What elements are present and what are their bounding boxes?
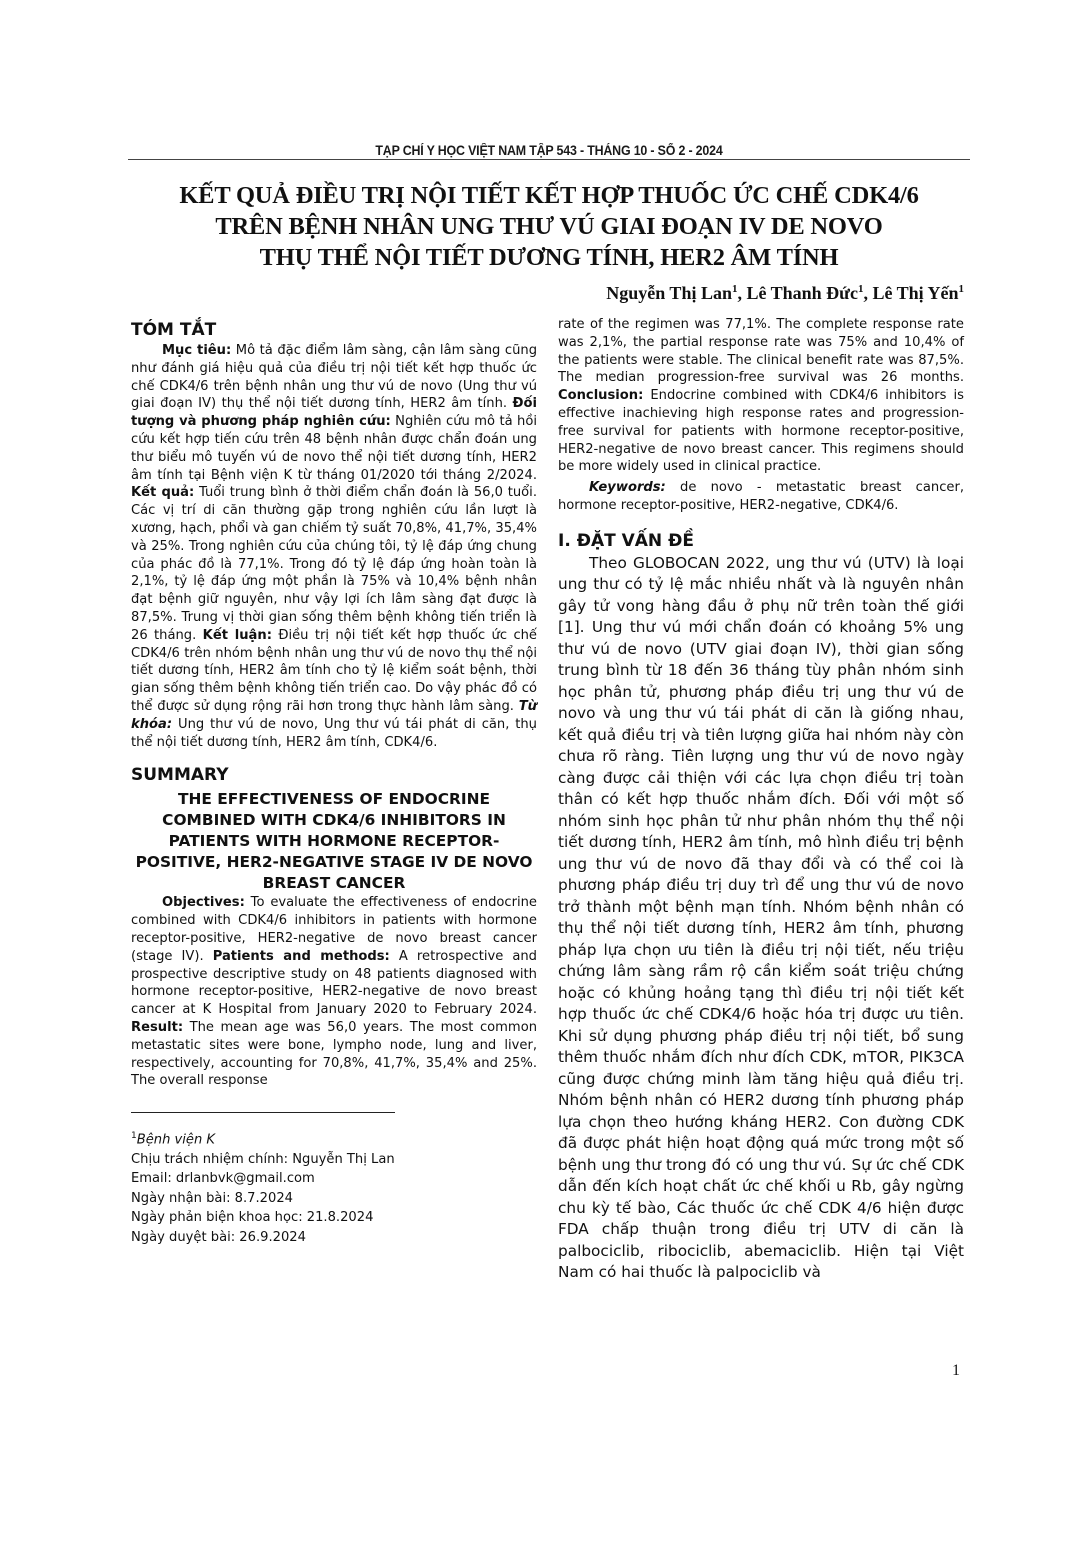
section-1-heading: I. ĐẶT VẤN ĐỀ xyxy=(558,529,964,553)
results-text: Tuổi trung bình ở thời điểm chẩn đoán là… xyxy=(131,485,537,642)
author-name: Lê Thanh Đức xyxy=(746,283,858,303)
title-line-1: KẾT QUẢ ĐIỀU TRỊ NỘI TIẾT KẾT HỢP THUỐC … xyxy=(130,180,968,211)
journal-running-header: TẠP CHÍ Y HỌC VIỆT NAM TẬP 543 - THÁNG 1… xyxy=(164,143,935,158)
result-text: The mean age was 56,0 years. The most co… xyxy=(131,1020,537,1088)
author-name: Lê Thị Yến xyxy=(872,283,958,303)
author-affiliation-sup: 1 xyxy=(732,283,738,295)
keywords-en: Keywords: de novo - metastatic breast ca… xyxy=(558,479,964,515)
conclusion-label: Kết luận: xyxy=(203,628,272,643)
footnote-accepted: Ngày duyệt bài: 26.9.2024 xyxy=(131,1228,537,1248)
journal-page: TẠP CHÍ Y HỌC VIỆT NAM TẬP 543 - THÁNG 1… xyxy=(0,0,1090,1541)
result-text-continued: rate of the regimen was 77,1%. The compl… xyxy=(558,317,964,385)
objectives-label: Objectives: xyxy=(162,895,245,910)
abstract-en-body-left: Objectives: To evaluate the effectivenes… xyxy=(131,894,537,1090)
abstract-vi-body: Mục tiêu: Mô tả đặc điểm lâm sàng, cận l… xyxy=(131,342,537,751)
keywords-en-label: Keywords: xyxy=(589,480,666,495)
patients-methods-label: Patients and methods: xyxy=(213,949,390,964)
left-column: TÓM TẮT Mục tiêu: Mô tả đặc điểm lâm sàn… xyxy=(131,316,537,1247)
section-1-body: Theo GLOBOCAN 2022, ung thư vú (UTV) là … xyxy=(558,553,964,1284)
conclusion-en-label: Conclusion: xyxy=(558,388,643,403)
english-title: THE EFFECTIVENESS OF ENDOCRINE COMBINED … xyxy=(131,789,537,894)
title-line-3: THỤ THỂ NỘI TIẾT DƯƠNG TÍNH, HER2 ÂM TÍN… xyxy=(130,242,968,273)
summary-heading: SUMMARY xyxy=(131,763,537,787)
result-label: Result: xyxy=(131,1020,183,1035)
results-label: Kết quả: xyxy=(131,485,194,500)
footnote-corresponding: Chịu trách nhiệm chính: Nguyễn Thị Lan xyxy=(131,1150,537,1170)
right-column: rate of the regimen was 77,1%. The compl… xyxy=(558,316,964,1284)
author-affiliation-sup: 1 xyxy=(959,283,965,295)
title-line-2: TRÊN BỆNH NHÂN UNG THƯ VÚ GIAI ĐOẠN IV D… xyxy=(130,211,968,242)
abstract-en-body-right: rate of the regimen was 77,1%. The compl… xyxy=(558,316,964,476)
keywords-text: Ung thư vú de novo, Ung thư vú tái phát … xyxy=(131,717,537,750)
page-number: 1 xyxy=(952,1362,960,1380)
footnote-divider xyxy=(131,1112,395,1113)
footnote-reviewed: Ngày phản biện khoa học: 21.8.2024 xyxy=(131,1208,537,1228)
affiliation-name: Bệnh viện K xyxy=(137,1132,215,1147)
article-title: KẾT QUẢ ĐIỀU TRỊ NỘI TIẾT KẾT HỢP THUỐC … xyxy=(130,180,968,273)
footnote-affiliation: 1Bệnh viện K xyxy=(131,1127,537,1150)
author-name: Nguyễn Thị Lan xyxy=(606,283,732,303)
footnote-received: Ngày nhận bài: 8.7.2024 xyxy=(131,1189,537,1209)
abstract-vi-heading: TÓM TẮT xyxy=(131,318,537,342)
footnote-email: Email: drlanbvk@gmail.com xyxy=(131,1169,537,1189)
objective-label: Mục tiêu: xyxy=(162,343,231,358)
author-list: Nguyễn Thị Lan1, Lê Thanh Đức1, Lê Thị Y… xyxy=(606,283,964,304)
author-affiliation-sup: 1 xyxy=(858,283,864,295)
header-divider xyxy=(128,159,970,160)
